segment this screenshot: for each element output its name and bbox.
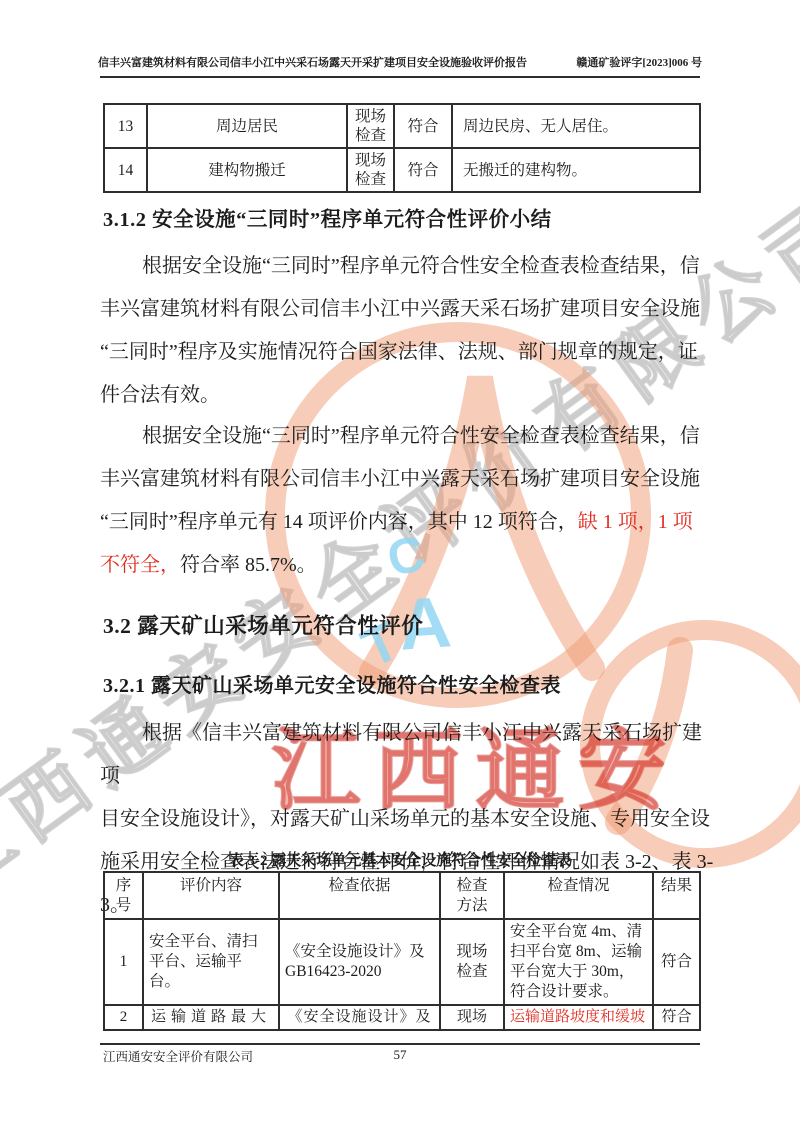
result-cell: 符合 bbox=[394, 104, 452, 148]
header-result: 结果 bbox=[653, 872, 700, 919]
method-cell: 现场 检查 bbox=[347, 148, 394, 192]
header-report-title: 信丰兴富建筑材料有限公司信丰小江中兴采石场露天开采扩建项目安全设施验收评价报告 bbox=[98, 54, 527, 70]
item-cell: 周边居民 bbox=[147, 104, 347, 148]
text-segment: “三同时”程序单元有 14 项评价内容，其中 12 项符合， bbox=[100, 511, 578, 533]
method-cell: 现场 检查 bbox=[440, 919, 504, 1005]
section-heading-312: 3.1.2 安全设施“三同时”程序单元符合性评价小结 bbox=[103, 202, 552, 232]
header-no: 序 号 bbox=[104, 872, 143, 919]
text-segment: 根据《信丰兴富建筑材料有限公司信丰小江中兴露天采石场扩建项 bbox=[100, 722, 702, 787]
text-segment: 丰兴富建筑材料有限公司信丰小江中兴露天采石场扩建项目安全设施 bbox=[100, 468, 700, 490]
header-content: 评价内容 bbox=[143, 872, 279, 919]
text-segment: 根据安全设施“三同时”程序单元符合性安全检查表检查结果，信 bbox=[142, 255, 700, 277]
header-situation: 检查情况 bbox=[504, 872, 653, 919]
header-method: 检查 方法 bbox=[440, 872, 504, 919]
table-row: 14 建构物搬迁 现场 检查 符合 无搬迁的建构物。 bbox=[104, 148, 700, 192]
text-segment: 符合率 85.7%。 bbox=[180, 554, 317, 576]
content-cell: 安全平台、清扫 平台、运输平 台。 bbox=[143, 919, 279, 1005]
result-cell: 符合 bbox=[394, 148, 452, 192]
text-segment: 不符全， bbox=[100, 554, 180, 576]
table-row: 2 运输道路最大 《安全设施设计》及 现场 运输道路坡度和缓坡 符合 bbox=[104, 1005, 700, 1030]
report-page: 江西通安安全评价有限公司 C A T 江西通安 信丰兴富建筑材料有限公司信丰小江… bbox=[0, 0, 800, 1131]
result-cell: 符合 bbox=[653, 1005, 700, 1030]
text-segment: 丰兴富建筑材料有限公司信丰小江中兴露天采石场扩建项目安全设施 bbox=[100, 298, 700, 320]
item-cell: 建构物搬迁 bbox=[147, 148, 347, 192]
row-number-cell: 1 bbox=[104, 919, 143, 1005]
table-row: 1 安全平台、清扫 平台、运输平 台。 《安全设施设计》及 GB16423-20… bbox=[104, 919, 700, 1005]
text-segment: 件合法有效。 bbox=[100, 384, 220, 406]
text-segment: 根据安全设施“三同时”程序单元符合性安全检查表检查结果，信 bbox=[142, 425, 700, 447]
row-number-cell: 13 bbox=[104, 104, 147, 148]
situation-cell-nonconforming: 运输道路坡度和缓坡 bbox=[504, 1005, 653, 1030]
header-basis: 检查依据 bbox=[279, 872, 440, 919]
basis-cell: 《安全设施设计》及 GB16423-2020 bbox=[279, 919, 440, 1005]
row-number-cell: 14 bbox=[104, 148, 147, 192]
method-cell: 现场 bbox=[440, 1005, 504, 1030]
text-segment: “三同时”程序及实施情况符合国家法律、法规、部门规章的规定，证 bbox=[100, 341, 698, 363]
table-header-row: 序 号 评价内容 检查依据 检查 方法 检查情况 结果 bbox=[104, 872, 700, 919]
table-32-safety-checklist: 序 号 评价内容 检查依据 检查 方法 检查情况 结果 1 安全平台、清扫 平台… bbox=[103, 871, 701, 1031]
note-cell: 周边民房、无人居住。 bbox=[452, 104, 700, 148]
method-cell: 现场 检查 bbox=[347, 104, 394, 148]
header-document-number: 赣通矿验评字[2023]006 号 bbox=[576, 54, 702, 70]
three-simultaneous-checklist-table: 13 周边居民 现场 检查 符合 周边民房、无人居住。 14 建构物搬迁 现场 … bbox=[103, 103, 701, 193]
section-heading-32: 3.2 露天矿山采场单元符合性评价 bbox=[103, 609, 423, 640]
basis-cell: 《安全设施设计》及 bbox=[279, 1005, 440, 1030]
section-heading-321: 3.2.1 露天矿山采场单元安全设施符合性安全检查表 bbox=[103, 669, 561, 698]
content-cell: 运输道路最大 bbox=[143, 1005, 279, 1030]
table-row: 13 周边居民 现场 检查 符合 周边民房、无人居住。 bbox=[104, 104, 700, 148]
page-content: 信丰兴富建筑材料有限公司信丰小江中兴采石场露天开采扩建项目安全设施验收评价报告 … bbox=[0, 0, 800, 1131]
header-divider bbox=[100, 76, 700, 78]
table-32-caption: 表 3-2 露天采场单元基本安全设施符合性安全检查表 bbox=[100, 849, 700, 870]
note-cell: 无搬迁的建构物。 bbox=[452, 148, 700, 192]
page-header: 信丰兴富建筑材料有限公司信丰小江中兴采石场露天开采扩建项目安全设施验收评价报告 … bbox=[98, 54, 702, 70]
text-segment: 缺 1 项，1 项 bbox=[578, 511, 693, 533]
footer-divider bbox=[100, 1043, 700, 1045]
text-segment: 目安全设施设计》，对露天矿山采场单元的基本安全设施、专用安全设 bbox=[100, 808, 710, 830]
page-number: 57 bbox=[100, 1047, 700, 1063]
situation-cell: 安全平台宽 4m、清 扫平台宽 8m、运输 平台宽大于 30m， 符合设计要求。 bbox=[504, 919, 653, 1005]
paragraph-1: 根据安全设施“三同时”程序单元符合性安全检查表检查结果，信丰兴富建筑材料有限公司… bbox=[100, 245, 714, 417]
paragraph-2: 根据安全设施“三同时”程序单元符合性安全检查表检查结果，信丰兴富建筑材料有限公司… bbox=[100, 415, 714, 587]
result-cell: 符合 bbox=[653, 919, 700, 1005]
row-number-cell: 2 bbox=[104, 1005, 143, 1030]
